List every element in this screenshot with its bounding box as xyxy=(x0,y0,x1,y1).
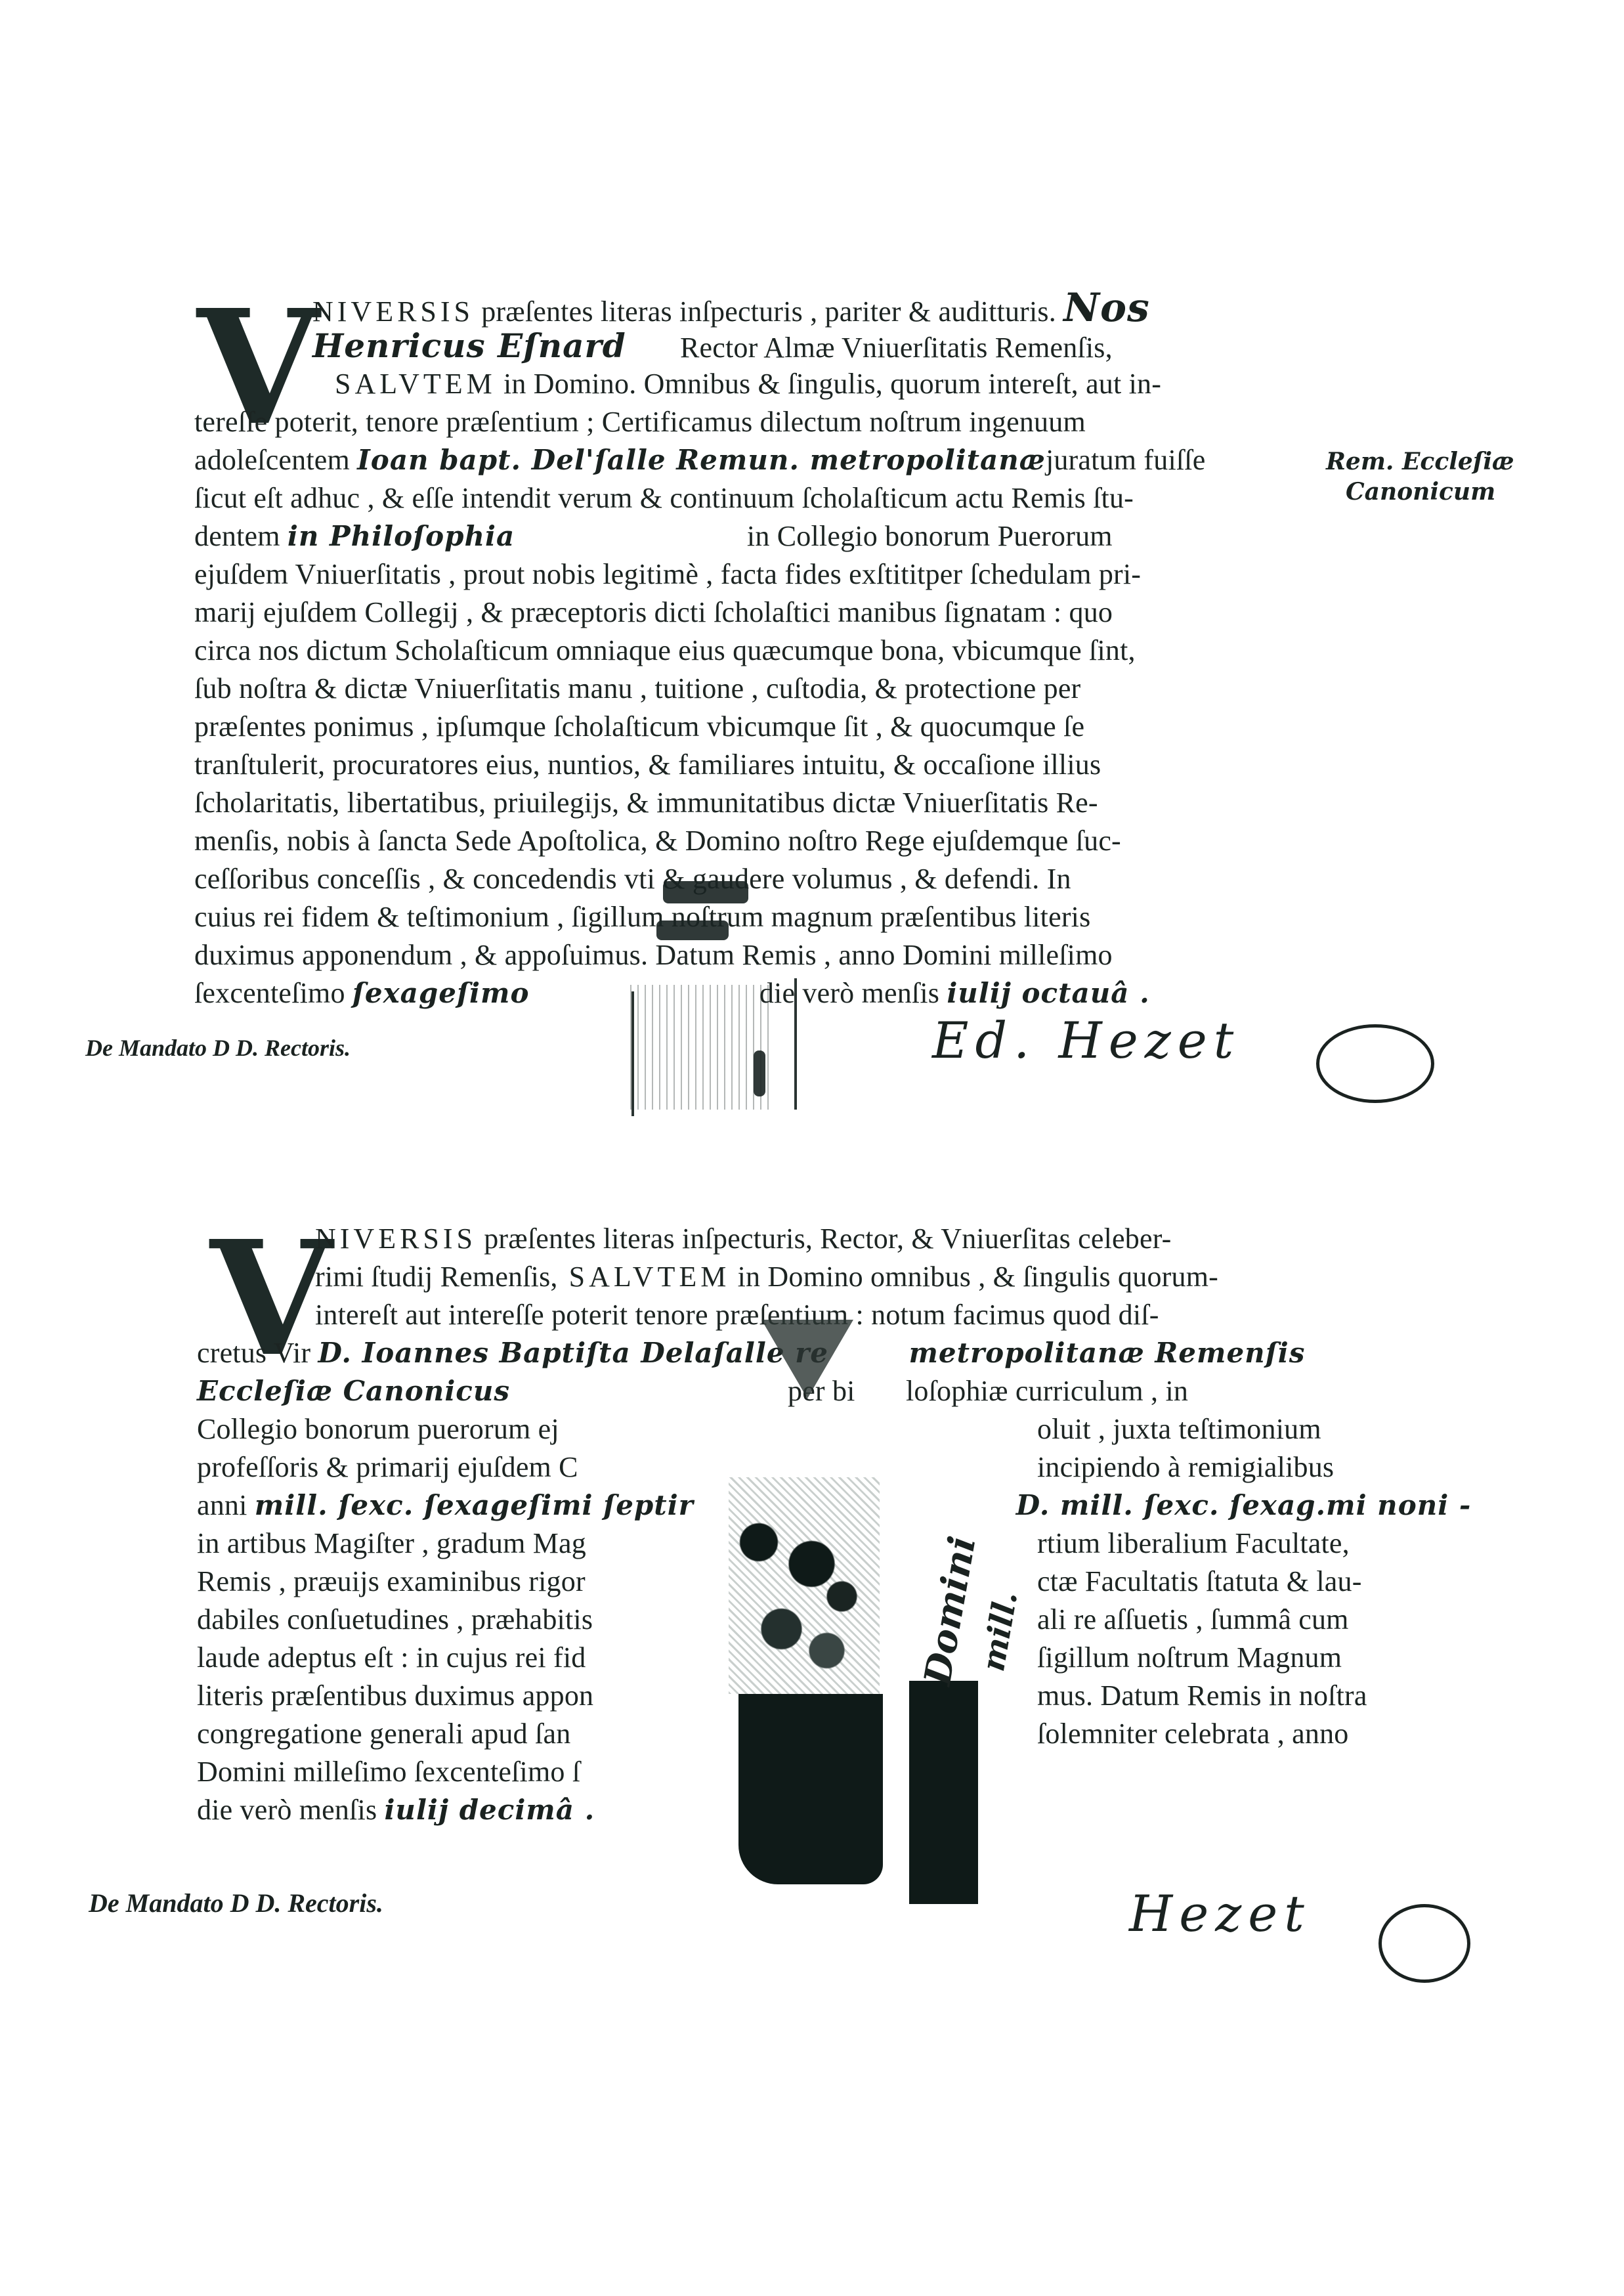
text-line: SALVTEM in Domino. Omnibus & ſingulis, q… xyxy=(194,365,1310,403)
seal-ribbon xyxy=(761,1320,853,1398)
text-line: ſcholaritatis, libertatibus, priuilegijs… xyxy=(194,784,1310,822)
signature: Ed. Hezet xyxy=(932,1011,1240,1070)
handwritten-church: metropolitanæ Remenſis xyxy=(908,1337,1305,1369)
signature-flourish xyxy=(1316,1024,1434,1103)
text-line: cuius rei fidem & teſtimonium , ſigillum… xyxy=(194,898,1310,936)
text-line: circa nos dictum Scholaſticum omniaque e… xyxy=(194,632,1310,670)
text-line: ſub noſtra & dictæ Vniuerſitatis manu , … xyxy=(194,670,1310,708)
handwritten-date: iulij decimâ . xyxy=(384,1794,595,1826)
handwritten-rector-name: Henricus Eſnard xyxy=(312,327,680,365)
seal-wax xyxy=(738,1694,883,1884)
handwritten-student-name: Ioan bapt. Del'ſalle Remun. metropolitan… xyxy=(357,444,1046,476)
text-line: NIVERSIS præſentes literas inſpecturis, … xyxy=(197,1220,1313,1258)
text-line: dentem in Philoſophiain Collegio bonorum… xyxy=(194,517,1310,555)
margin-note: Rem. Eccleſiæ Canonicum xyxy=(1326,446,1514,507)
text-line: duximus apponendum , & appoſuimus. Datum… xyxy=(194,936,1310,974)
text-line: tranſtulerit, procuratores eius, nuntios… xyxy=(194,746,1310,784)
text-line: tereſſe poterit, tenore præſentium ; Cer… xyxy=(194,403,1310,441)
text-line: menſis, nobis à ſancta Sede Apoſtolica, … xyxy=(194,822,1310,860)
handwritten-year: mill. ſexc. ſexageſimi ſeptir xyxy=(255,1486,1016,1525)
seal-smudge xyxy=(754,1051,765,1096)
text-line: Henricus EſnardRector Almæ Vniuerſitatis… xyxy=(194,327,1310,365)
seal-impression xyxy=(630,985,775,1110)
signature: Hezet xyxy=(1129,1884,1311,1943)
seal-smudge xyxy=(663,881,748,903)
text-line: ſicut eſt adhuc , & eſſe intendit verum … xyxy=(194,479,1310,517)
handwritten-title: Eccleſiæ Canonicus xyxy=(197,1372,788,1410)
mandate-line: De Mandato D D. Rectoris. xyxy=(89,1888,383,1918)
text-line: adoleſcentem Ioan bapt. Del'ſalle Remun.… xyxy=(194,441,1310,479)
seal-wax xyxy=(909,1681,978,1904)
text-line: marij ejuſdem Collegij , & præceptoris d… xyxy=(194,594,1310,632)
seal-edge xyxy=(631,991,634,1116)
seal-smudge xyxy=(656,921,729,940)
text-line: Eccleſiæ Canonicusper biloſophiæ curricu… xyxy=(197,1372,1313,1410)
text-line: Collegio bonorum puerorum ejoluit , juxt… xyxy=(197,1410,1313,1448)
text-line: ejuſdem Vniuerſitatis , prout nobis legi… xyxy=(194,555,1310,594)
text-line: NIVERSIS præſentes literas inſpecturis ,… xyxy=(194,289,1310,327)
text-line: rimi ſtudij Remenſis, SALVTEM in Domino … xyxy=(197,1258,1313,1296)
handwritten-entry: Nos xyxy=(1063,285,1150,331)
handwritten-date: iulij octauâ . xyxy=(947,977,1149,1009)
seal-impression xyxy=(729,1477,880,1694)
signature-flourish xyxy=(1378,1904,1470,1983)
handwritten-year-2: D. mill. ſexc. ſexag.mi noni - xyxy=(1016,1489,1472,1521)
text-line: ceſſoribus conceſſis , & concedendis vti… xyxy=(194,860,1310,898)
mandate-line: De Mandato D D. Rectoris. xyxy=(85,1034,351,1062)
handwritten-subject: in Philoſophia xyxy=(288,517,747,555)
seal-edge xyxy=(794,978,797,1110)
text-line: præſentes ponimus , ipſumque ſcholaſticu… xyxy=(194,708,1310,746)
text-line: cretus Vir D. Ioannes Baptiſta Delaſalle… xyxy=(197,1334,1313,1372)
certificate-1: V NIVERSIS præſentes literas inſpecturis… xyxy=(194,289,1310,1012)
text-line: intereſt aut intereſſe poterit tenore pr… xyxy=(197,1296,1313,1334)
